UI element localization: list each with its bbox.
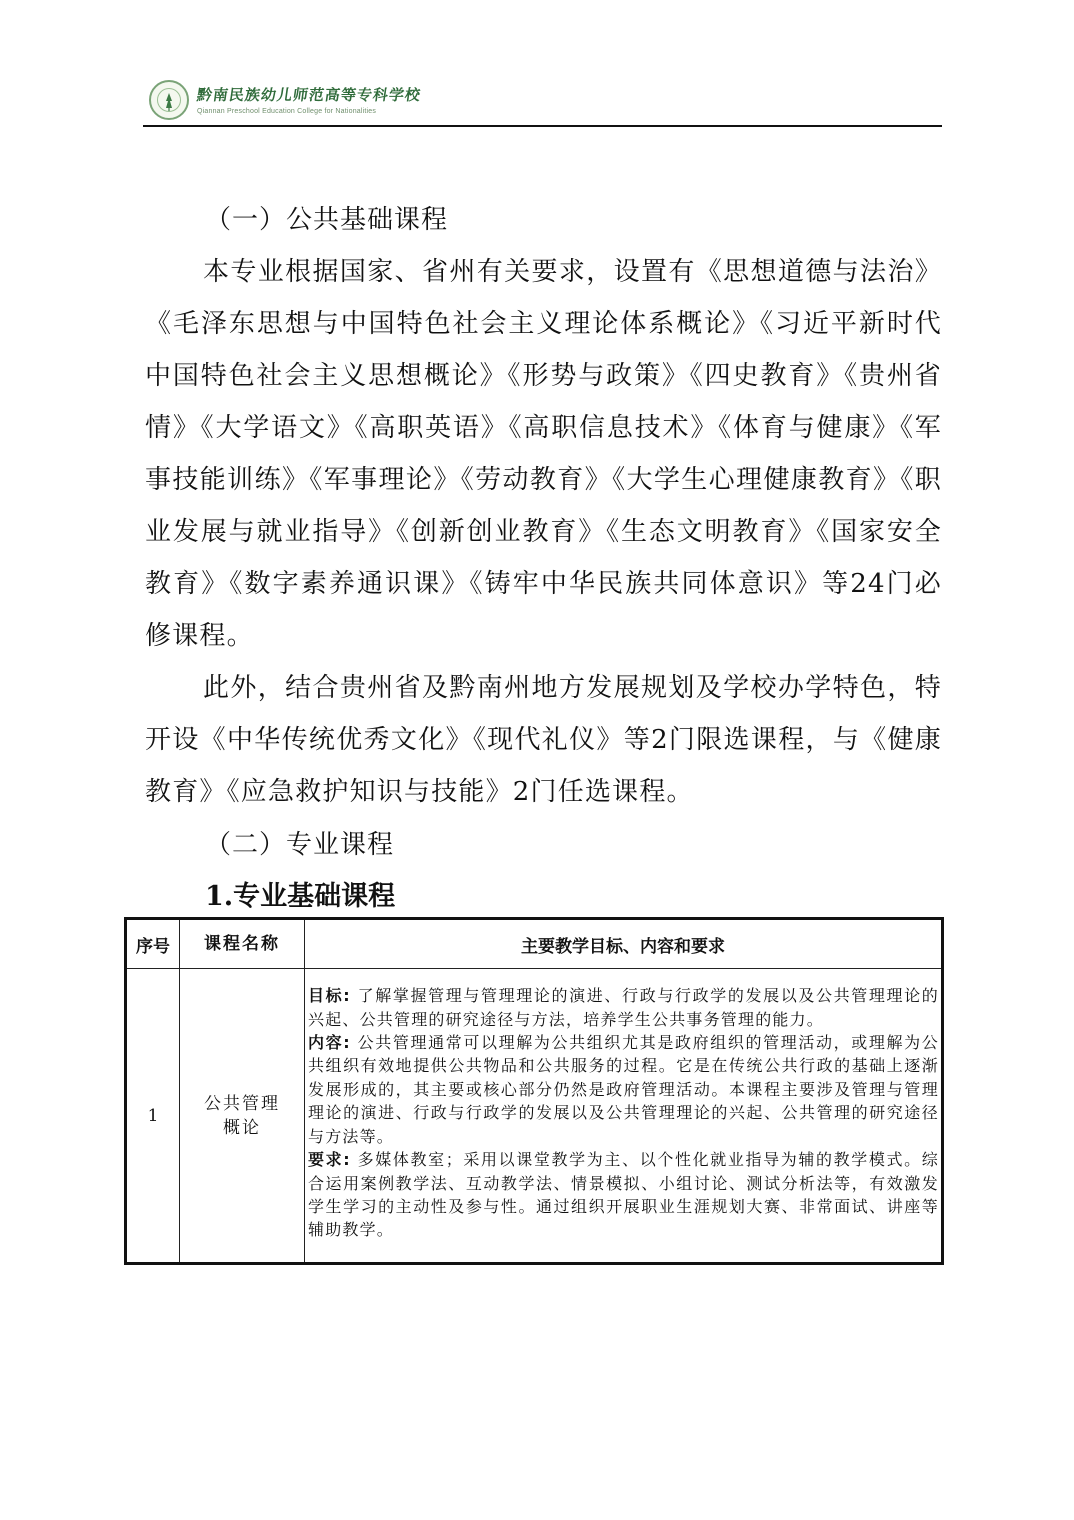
column-header-course-name: 课程名称 xyxy=(180,919,305,969)
requirement-label: 要求: xyxy=(308,1150,351,1169)
page-header: 黔南民族幼儿师范高等专科学校 Qiannan Preschool Educati… xyxy=(145,76,942,128)
course-name-line1: 公共管理 xyxy=(180,1092,304,1116)
course-name-line2: 概论 xyxy=(180,1116,304,1140)
course-table: 序号 课程名称 主要教学目标、内容和要求 1 公共管理 概论 目标: 了解掌握管… xyxy=(124,917,944,1265)
tree-icon xyxy=(165,91,173,111)
section-heading-professional: （二）专业课程 xyxy=(205,825,394,865)
goal-text: 了解掌握管理与管理理论的演进、行政与行政学的发展以及公共管理理论的兴起、公共管理… xyxy=(308,986,939,1028)
cell-description: 目标: 了解掌握管理与管理理论的演进、行政与行政学的发展以及公共管理理论的兴起、… xyxy=(305,969,943,1264)
school-emblem-icon xyxy=(149,80,189,120)
paragraph-required-courses: 本专业根据国家、省州有关要求，设置有《思想道德与法治》《毛泽东思想与中国特色社会… xyxy=(145,246,942,662)
goal-block: 目标: 了解掌握管理与管理理论的演进、行政与行政学的发展以及公共管理理论的兴起、… xyxy=(308,984,939,1031)
column-header-index: 序号 xyxy=(126,919,180,969)
goal-label: 目标: xyxy=(308,986,351,1005)
column-header-description: 主要教学目标、内容和要求 xyxy=(305,919,943,969)
school-name-en: Qiannan Preschool Education College for … xyxy=(197,108,421,115)
table-header-row: 序号 课程名称 主要教学目标、内容和要求 xyxy=(126,919,943,969)
content-block: 内容: 公共管理通常可以理解为公共组织尤其是政府组织的管理活动，或理解为公共组织… xyxy=(308,1031,939,1148)
document-page: 黔南民族幼儿师范高等专科学校 Qiannan Preschool Educati… xyxy=(0,0,1074,1520)
school-name-cn: 黔南民族幼儿师范高等专科学校 xyxy=(196,84,423,105)
subsection-heading-foundation: 1.专业基础课程 xyxy=(205,877,395,917)
paragraph-elective-courses: 此外，结合贵州省及黔南州地方发展规划及学校办学特色，特开设《中华传统优秀文化》《… xyxy=(145,662,942,818)
requirement-block: 要求: 多媒体教室；采用以课堂教学为主、以个性化就业指导为辅的教学模式。综合运用… xyxy=(308,1148,939,1242)
content-label: 内容: xyxy=(308,1033,351,1052)
cell-index: 1 xyxy=(126,969,180,1264)
requirement-text: 多媒体教室；采用以课堂教学为主、以个性化就业指导为辅的教学模式。综合运用案例教学… xyxy=(308,1150,939,1239)
cell-course-name: 公共管理 概论 xyxy=(180,969,305,1264)
section-heading-public: （一）公共基础课程 xyxy=(205,200,448,240)
table-row: 1 公共管理 概论 目标: 了解掌握管理与管理理论的演进、行政与行政学的发展以及… xyxy=(126,969,943,1264)
school-logo-text: 黔南民族幼儿师范高等专科学校 Qiannan Preschool Educati… xyxy=(197,84,421,115)
header-divider xyxy=(143,125,942,127)
content-text: 公共管理通常可以理解为公共组织尤其是政府组织的管理活动，或理解为公共组织有效地提… xyxy=(308,1033,939,1146)
